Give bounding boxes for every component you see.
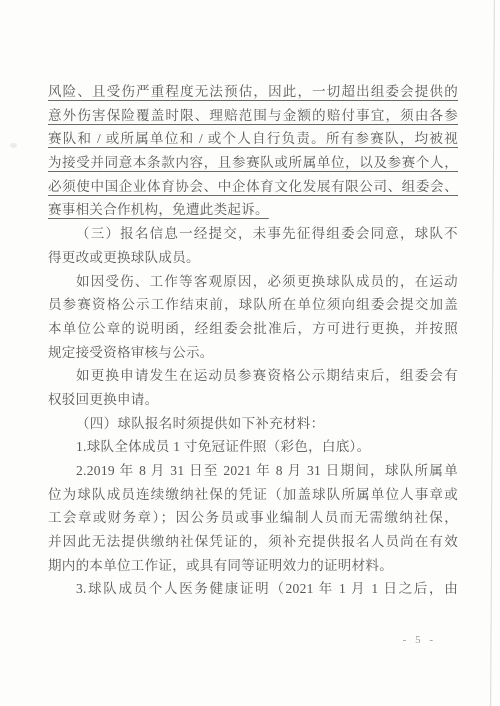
scan-edge-line	[490, 0, 495, 706]
text-line: 员参赛资格公示工作结束前，球队所在单位须向组委会提交加盖	[48, 293, 458, 317]
text-line: 1.球队全体成员 1 寸免冠证件照（彩色，白底）。	[48, 435, 458, 459]
text-line: 期内的本单位工作证，或具有同等证明效力的证明材料。	[48, 554, 458, 578]
text-line: 得更改或更换球队成员。	[48, 246, 458, 270]
text-line: 2.2019 年 8 月 31 日至 2021 年 8 月 31 日期间，球队所…	[48, 459, 458, 483]
text-line: 必须使中国企业体育协会、中企体育文化发展有限公司、组委会、	[48, 175, 458, 199]
text-line: 赛事相关合作机构，免遭此类起诉。	[48, 198, 458, 222]
text-line: 工会章或财务章）；因公务员或事业编制人员而无需缴纳社保，	[48, 506, 458, 530]
text-line: （三）报名信息一经提交，未事先征得组委会同意，球队不	[48, 222, 458, 246]
document-body: 风险、且受伤严重程度无法预估，因此，一切超出组委会提供的意外伤害保险覆盖时限、理…	[48, 80, 458, 601]
text-line: 如因受伤、工作等客观原因，必须更换球队成员的，在运动	[48, 270, 458, 294]
text-line: 意外伤害保险覆盖时限、理赔范围与金额的赔付事宜，须由各参	[48, 104, 458, 128]
page-number: - 5 -	[403, 634, 436, 646]
text-line: 规定接受资格审核与公示。	[48, 341, 458, 365]
text-line: 赛队和 / 或所属单位和 / 或个人自行负责。所有参赛队，均被视	[48, 127, 458, 151]
text-line: 并因此无法提供缴纳社保凭证的，须补充提供报名人员尚在有效	[48, 530, 458, 554]
text-line: 风险、且受伤严重程度无法预估，因此，一切超出组委会提供的	[48, 80, 458, 104]
text-line: （四）球队报名时须提供如下补充材料：	[48, 412, 458, 436]
text-line: 3.球队成员个人医务健康证明（2021 年 1 月 1 日之后，由	[48, 577, 458, 601]
text-line: 本单位公章的说明函，经组委会批准后，方可进行更换，并按照	[48, 317, 458, 341]
text-line: 为接受并同意本条款内容，且参赛队或所属单位，以及参赛个人，	[48, 151, 458, 175]
text-line: 位为球队成员连续缴纳社保的凭证（加盖球队所属单位人事章或	[48, 483, 458, 507]
scan-smudge	[10, 143, 17, 148]
document-page: 风险、且受伤严重程度无法预估，因此，一切超出组委会提供的意外伤害保险覆盖时限、理…	[0, 0, 500, 706]
text-line: 如更换申请发生在运动员参赛资格公示期结束后，组委会有	[48, 364, 458, 388]
text-line: 权驳回更换申请。	[48, 388, 458, 412]
